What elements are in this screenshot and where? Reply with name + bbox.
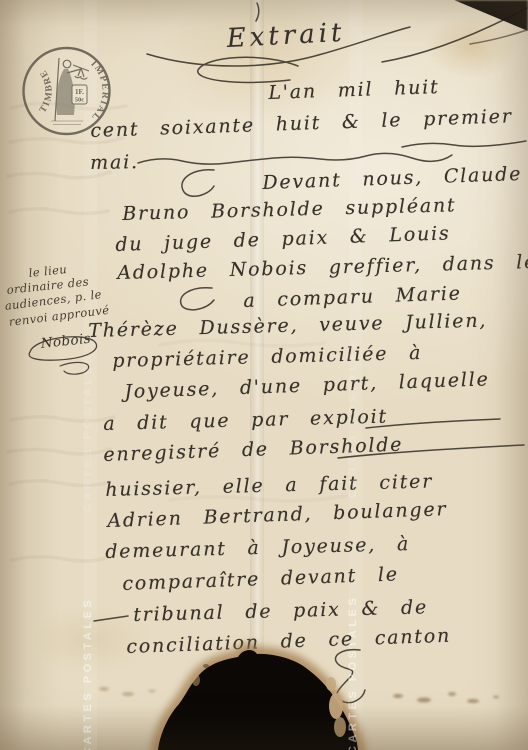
burn-hole-core [158, 650, 358, 750]
watermark-text: CARTES POSTALES [347, 510, 359, 750]
watermark-text: CARTES POSTALES [82, 312, 94, 512]
document-photo: TIMBRE IMPERIAL 1F. 50c Extrait [0, 0, 528, 750]
watermark-text: CARTES POSTALES [347, 308, 359, 498]
watermark-text: CARTES POSTALES [82, 524, 94, 750]
burn-hole [0, 0, 528, 750]
